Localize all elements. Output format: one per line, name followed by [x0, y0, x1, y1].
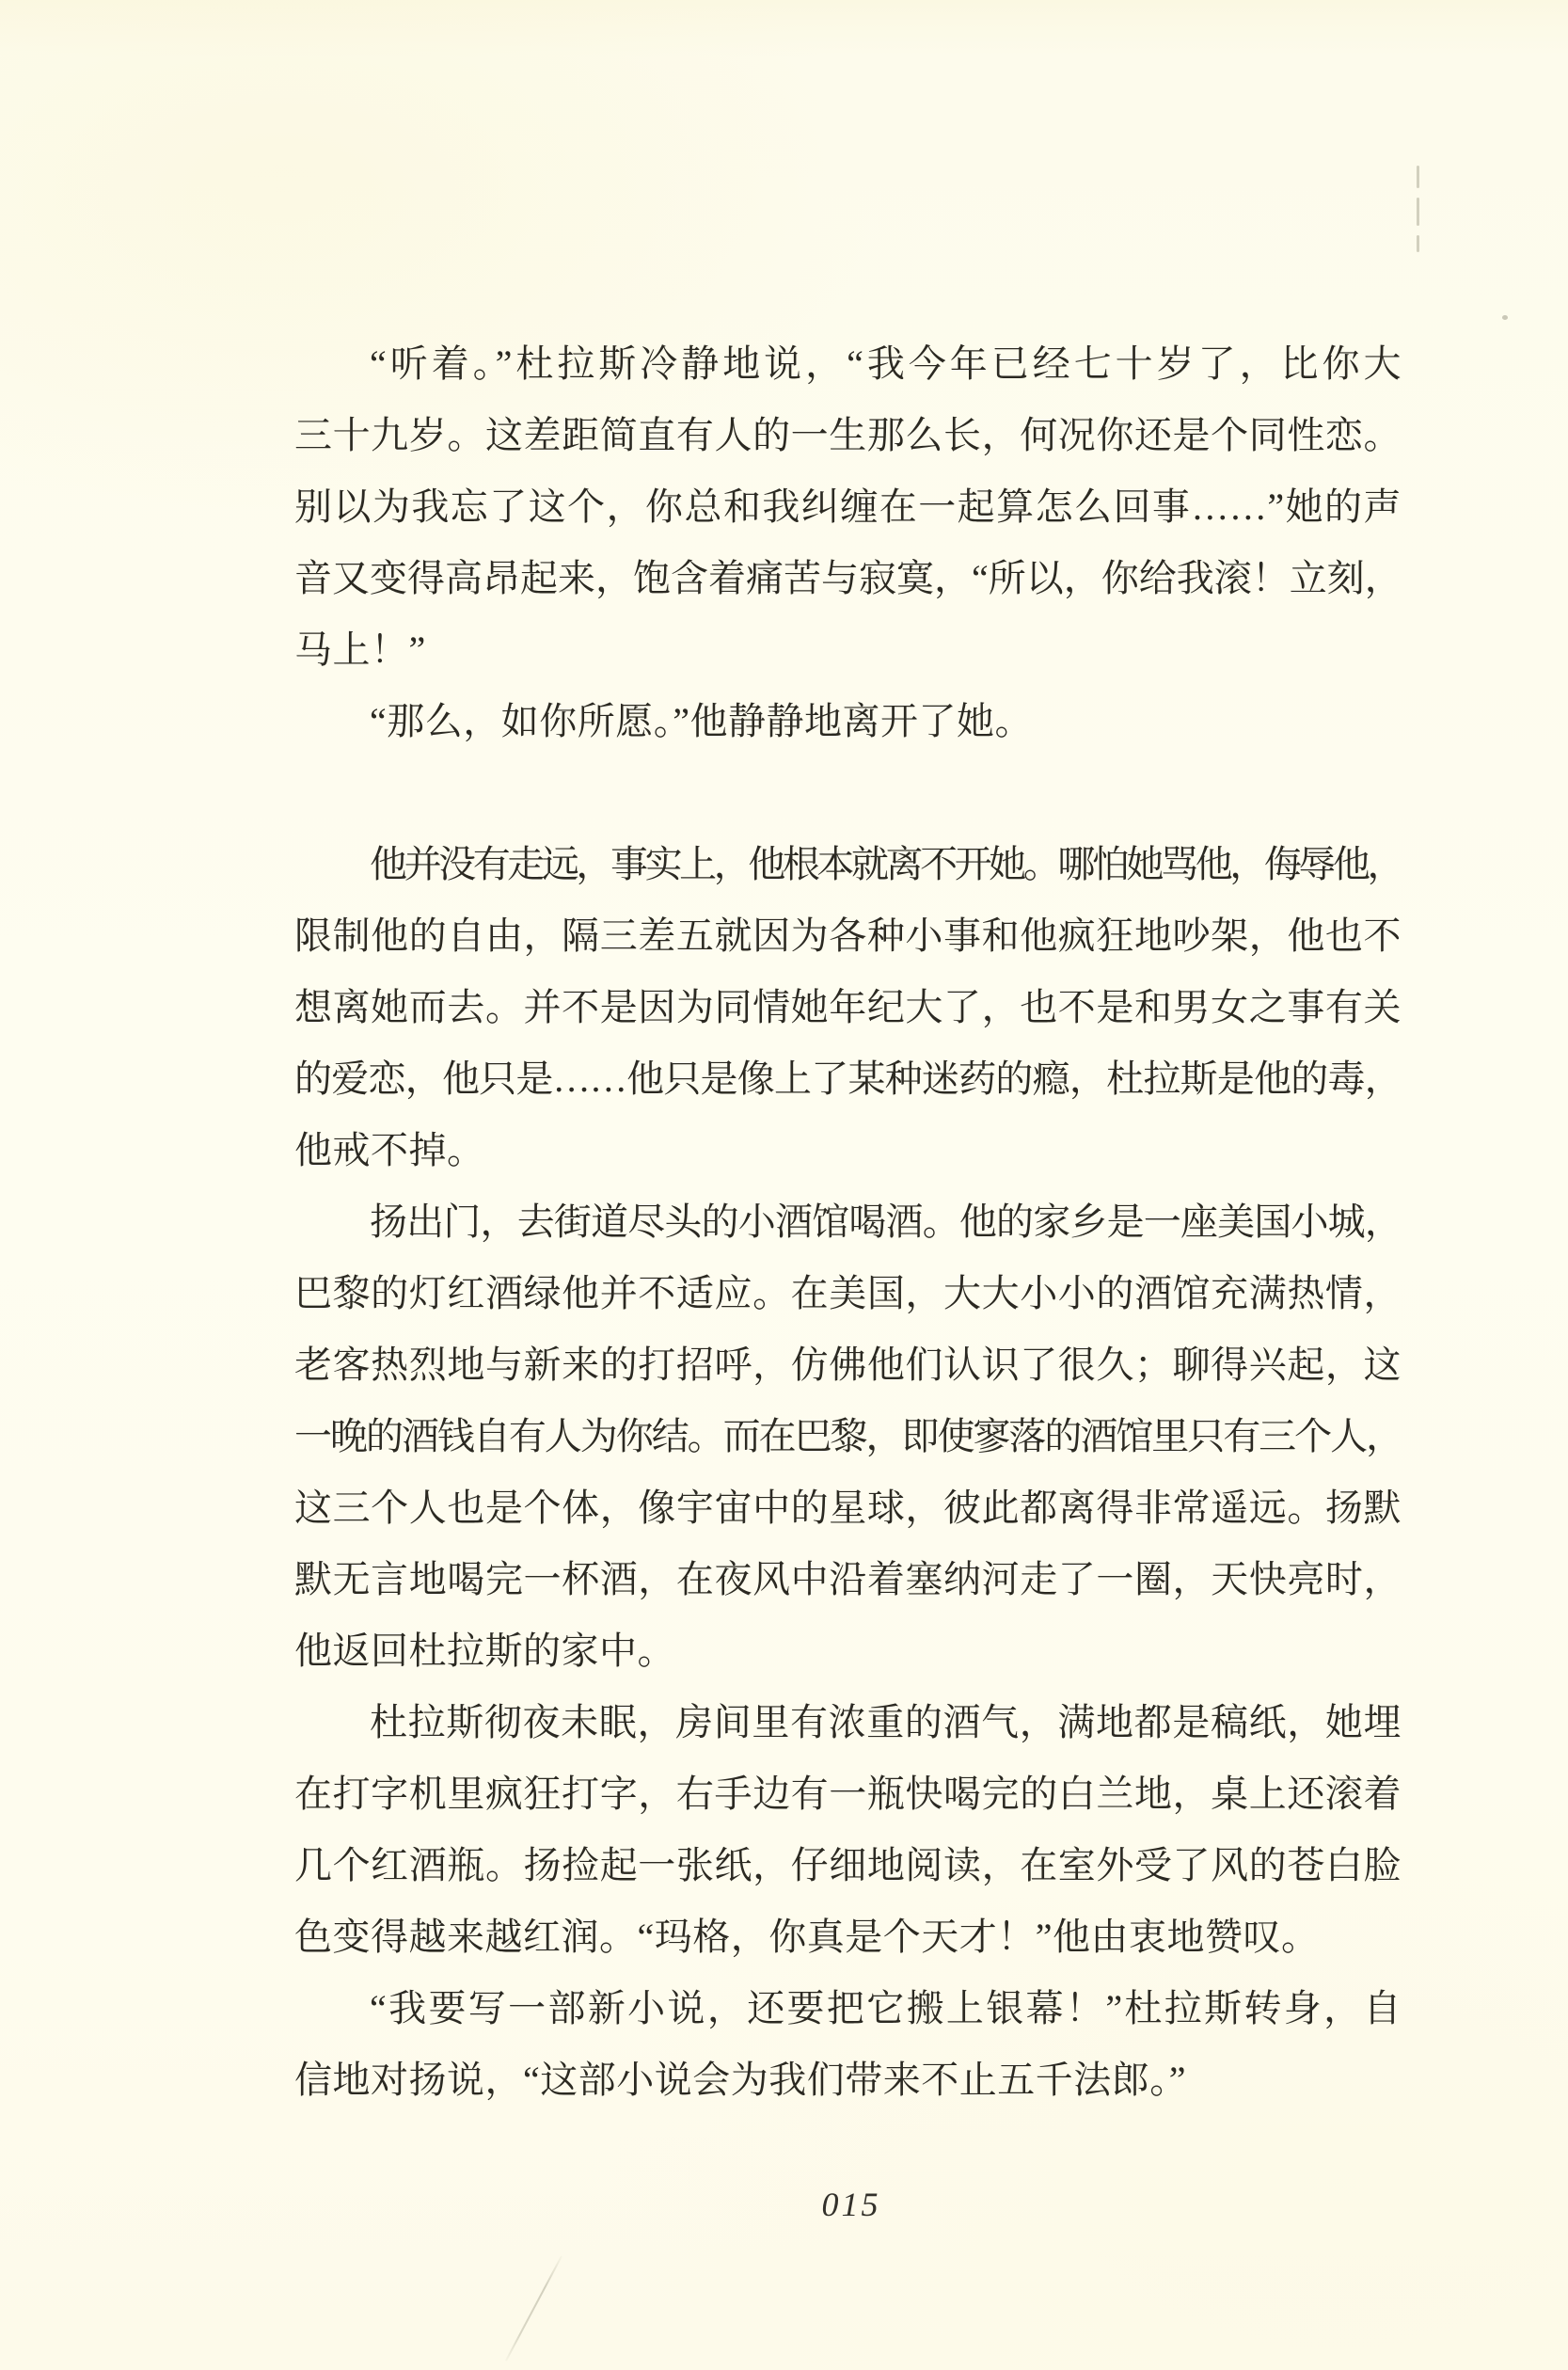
text-block: “听着。”杜拉斯冷静地说，“我今年已经七十岁了，比你大三十九岁。这差距简直有人的… [294, 328, 1402, 2116]
scan-artifact-vertical-dashes [1417, 166, 1419, 256]
text-line: 色变得越来越红润。“玛格，你真是个天才！”他由衷地赞叹。 [294, 1901, 1402, 1973]
text-line: 他并没有走远，事实上，他根本就离不开她。哪怕她骂他，侮辱他， [294, 829, 1402, 900]
text-line: 马上！” [294, 614, 1402, 686]
text-line: 别以为我忘了这个，你总和我纠缠在一起算怎么回事……”她的声 [294, 471, 1402, 543]
scan-artifact-speck [1502, 315, 1508, 320]
text-line: 他戒不掉。 [294, 1115, 1402, 1186]
text-line: “我要写一部新小说，还要把它搬上银幕！”杜拉斯转身，自 [294, 1973, 1402, 2044]
text-line: “听着。”杜拉斯冷静地说，“我今年已经七十岁了，比你大 [294, 328, 1402, 400]
book-page: “听着。”杜拉斯冷静地说，“我今年已经七十岁了，比你大三十九岁。这差距简直有人的… [0, 0, 1568, 2370]
text-line: 老客热烈地与新来的打招呼，仿佛他们认识了很久；聊得兴起，这 [294, 1329, 1402, 1401]
text-line: 三十九岁。这差距简直有人的一生那么长，何况你还是个同性恋。 [294, 400, 1402, 471]
text-line: 音又变得高昂起来，饱含着痛苦与寂寞，“所以，你给我滚！立刻， [294, 543, 1402, 614]
text-line: 杜拉斯彻夜未眠，房间里有浓重的酒气，满地都是稿纸，她埋 [294, 1687, 1402, 1758]
text-line: 扬出门，去街道尽头的小酒馆喝酒。他的家乡是一座美国小城， [294, 1186, 1402, 1258]
text-line: 巴黎的灯红酒绿他并不适应。在美国，大大小小的酒馆充满热情， [294, 1258, 1402, 1329]
text-line: 在打字机里疯狂打字，右手边有一瓶快喝完的白兰地，桌上还滚着 [294, 1758, 1402, 1830]
text-line: 限制他的自由，隔三差五就因为各种小事和他疯狂地吵架，他也不 [294, 900, 1402, 972]
text-line: 默无言地喝完一杯酒，在夜风中沿着塞纳河走了一圈，天快亮时， [294, 1544, 1402, 1615]
page-number: 015 [781, 2185, 922, 2224]
scan-artifact-crease [505, 2256, 562, 2362]
text-line: 一晚的酒钱自有人为你结。而在巴黎，即使寥落的酒馆里只有三个人， [294, 1401, 1402, 1472]
text-line: 的爱恋，他只是……他只是像上了某种迷药的瘾，杜拉斯是他的毒， [294, 1043, 1402, 1115]
text-line: 这三个人也是个体，像宇宙中的星球，彼此都离得非常遥远。扬默 [294, 1472, 1402, 1544]
text-line: 信地对扬说，“这部小说会为我们带来不止五千法郎。” [294, 2044, 1402, 2116]
text-line: 他返回杜拉斯的家中。 [294, 1615, 1402, 1687]
text-line: “那么，如你所愿。”他静静地离开了她。 [294, 686, 1402, 757]
text-line: 几个红酒瓶。扬捡起一张纸，仔细地阅读，在室外受了风的苍白脸 [294, 1830, 1402, 1901]
text-line: 想离她而去。并不是因为同情她年纪大了，也不是和男女之事有关 [294, 972, 1402, 1043]
